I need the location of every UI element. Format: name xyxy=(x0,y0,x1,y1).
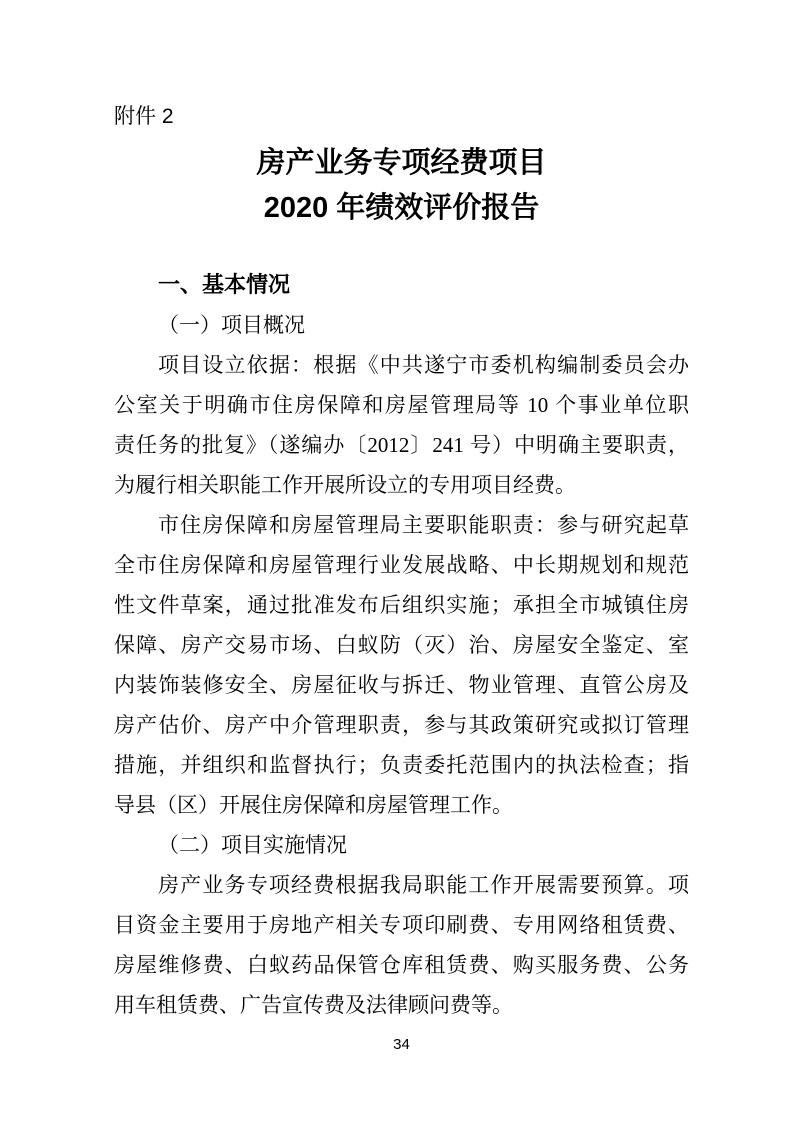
paragraph-line: 用车租赁费、广告宣传费及法律顾问费等。 xyxy=(114,985,689,1025)
document-title-line1: 房产业务专项经费项目 xyxy=(114,141,689,186)
subsection-heading: （二）项目实施情况 xyxy=(114,825,689,865)
paragraph-line: 项目设立依据：根据《中共遂宁市委机构编制委员会办 xyxy=(114,345,689,385)
paragraph-line: 保障、房产交易市场、白蚁防（灭）治、房屋安全鉴定、室 xyxy=(114,625,689,665)
document-title-line2: 2020 年绩效评价报告 xyxy=(114,186,689,231)
page-number: 34 xyxy=(393,1036,410,1053)
paragraph-line: 房产业务专项经费根据我局职能工作开展需要预算。项 xyxy=(114,865,689,905)
paragraph-line: 房产估价、房产中介管理职责，参与其政策研究或拟订管理 xyxy=(114,705,689,745)
paragraph-line: 全市住房保障和房屋管理行业发展战略、中长期规划和规范 xyxy=(114,545,689,585)
paragraph-line: 公室关于明确市住房保障和房屋管理局等 10 个事业单位职 xyxy=(114,385,689,425)
document-title: 房产业务专项经费项目 2020 年绩效评价报告 xyxy=(114,141,689,231)
section-heading: 一、基本情况 xyxy=(114,265,689,305)
paragraph-line: 导县（区）开展住房保障和房屋管理工作。 xyxy=(114,785,689,825)
page-footer: 34 xyxy=(114,1035,689,1055)
document-body: 一、基本情况 （一）项目概况 项目设立依据：根据《中共遂宁市委机构编制委员会办 … xyxy=(114,265,689,1025)
paragraph-line: 市住房保障和房屋管理局主要职能职责：参与研究起草 xyxy=(114,505,689,545)
paragraph-line: 目资金主要用于房地产相关专项印刷费、专用网络租赁费、 xyxy=(114,905,689,945)
paragraph-line: 性文件草案，通过批准发布后组织实施；承担全市城镇住房 xyxy=(114,585,689,625)
paragraph-line: 内装饰装修安全、房屋征收与拆迁、物业管理、直管公房及 xyxy=(114,665,689,705)
paragraph-line: 措施，并组织和监督执行；负责委托范围内的执法检查；指 xyxy=(114,745,689,785)
paragraph-line: 房屋维修费、白蚁药品保管仓库租赁费、购买服务费、公务 xyxy=(114,945,689,985)
paragraph-line: 为履行相关职能工作开展所设立的专用项目经费。 xyxy=(114,465,689,505)
subsection-heading: （一）项目概况 xyxy=(114,305,689,345)
document-page: 附件 2 房产业务专项经费项目 2020 年绩效评价报告 一、基本情况 （一）项… xyxy=(0,0,793,1122)
attachment-label: 附件 2 xyxy=(114,104,689,130)
paragraph-line: 责任务的批复》（遂编办〔2012〕241 号）中明确主要职责， xyxy=(114,425,689,465)
